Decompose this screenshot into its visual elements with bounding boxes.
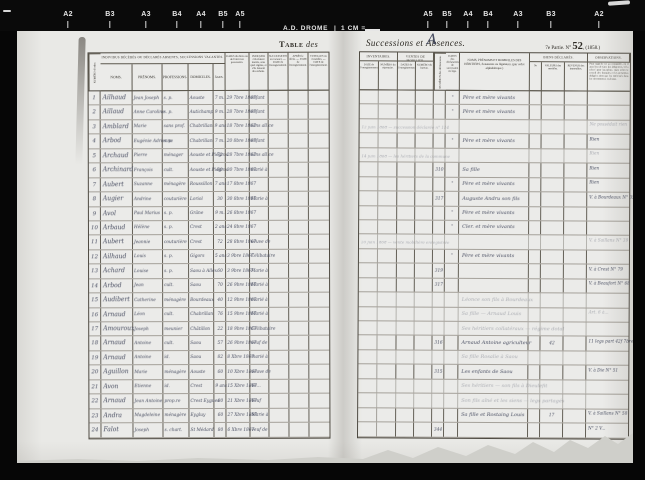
cell-etat-note: Marié à (250, 279, 269, 292)
cell-vente-num (414, 423, 432, 437)
cell-inv-num (378, 321, 397, 335)
cell-col9 (269, 293, 289, 306)
right-table-row: "Père et mère vivants (360, 105, 630, 121)
left-table-body: 1AilhaudJean Josephs. p.Aouste7 m.29 7br… (89, 91, 330, 438)
cell-col9 (269, 394, 289, 407)
cell-profession: ménagère (163, 178, 189, 192)
cell-vente-num (415, 264, 433, 278)
right-table-row: 317V. à Beaufort N° 68 (359, 278, 629, 294)
cell-immobilier (564, 293, 587, 307)
cell-declaration-number (433, 307, 445, 321)
cell-col11 (309, 365, 329, 378)
header-ages: ÂGES. (214, 64, 226, 91)
right-table-row: 12 juin 1868 — succession déclarée n° 11… (360, 119, 630, 135)
cell-col10 (289, 105, 309, 118)
cell-inventaire-scrawl (359, 249, 378, 263)
cell-vente-date (396, 423, 414, 437)
cell-vente-num (414, 394, 432, 408)
cell-col10 (289, 163, 309, 176)
cell-declaration-number (432, 351, 444, 365)
cell-vente-date (397, 148, 415, 162)
left-table-row: 9AvolPaul Mariuss. p.Grâne9 m.26 8bre 18… (89, 206, 329, 221)
left-page-table: NUMÉRO d'ordre. INDIVIDUS DÉCÉDÉS OU DÉC… (87, 52, 330, 440)
cell-profession: s. p. (163, 91, 189, 105)
cell-prenom: Antoine (133, 337, 163, 351)
cell-col10 (289, 379, 309, 392)
cell-observation (587, 250, 629, 264)
cell-order-number: 22 (89, 394, 101, 407)
cell-immobilier (564, 322, 587, 336)
cell-etat-note: Ve... (250, 380, 269, 393)
cell-immobilier (564, 265, 587, 279)
cell-prenom: Anne Caroline (133, 106, 163, 120)
cell-biens-no (529, 322, 541, 336)
cell-mobilier (542, 91, 565, 105)
cell-order-number: 1 (89, 91, 101, 104)
cell-declaration-number: 344 (432, 423, 444, 437)
cell-domicile: Aouste et Piégros (189, 149, 214, 163)
cell-mobilier (541, 221, 564, 235)
cell-nom: Falot (101, 423, 133, 437)
cell-biens-no (528, 409, 540, 423)
cell-prenom: Pierre (133, 149, 163, 163)
cell-mobilier (541, 236, 564, 250)
right-table-row: Ses héritiers collatéraux — régime dotal (359, 321, 629, 337)
cell-order-number: 5 (89, 149, 101, 162)
cell-domicile: Saou à Allex (189, 264, 214, 278)
cell-profession: cult. (163, 279, 189, 293)
cell-inv-num (379, 134, 398, 148)
cell-col9 (269, 351, 289, 364)
cell-vente-date (398, 119, 416, 133)
cell-observation: V. à Beaufort N° 68 (587, 279, 629, 293)
cell-col11 (309, 307, 329, 320)
page-gutter-shadow (328, 31, 362, 463)
cell-nom: Arnaud (101, 337, 133, 351)
cell-declaration-number (433, 235, 445, 249)
cell-nom: Ailhaud (101, 91, 133, 105)
cell-col11 (309, 394, 329, 407)
cell-mobilier (541, 279, 564, 293)
cell-date-deces: 6 Xbre 1867 (226, 423, 250, 437)
cell-immobilier (563, 380, 586, 394)
cell-col11 (309, 322, 329, 335)
header-observations-note: Pour rappeler ici au comptable, où il au… (588, 62, 630, 91)
cell-declaration-number (434, 120, 446, 134)
cell-biens-no (529, 293, 541, 307)
cell-heirs: Ses héritiers collatéraux — régime dotal (459, 322, 529, 336)
ruler-tick (446, 21, 447, 28)
cell-col10 (289, 408, 309, 421)
cell-col9 (269, 235, 289, 248)
cell-col11 (309, 423, 329, 436)
ruler-label-a3: A3 (141, 11, 151, 18)
cell-prenom: Jeannie (133, 235, 163, 249)
ruler-label-b3: B3 (546, 11, 556, 18)
cell-vente-num (415, 293, 433, 307)
cell-order-number: 13 (89, 265, 101, 278)
cell-col10 (289, 177, 309, 190)
cell-inventaire-scrawl (358, 393, 377, 407)
cell-observation: N° 2 V... (586, 424, 628, 438)
right-table-row: Ses héritiers — son fils à Dieulefit (358, 379, 628, 395)
cell-profession: s. p. (163, 134, 189, 148)
ruler-label-a2: A2 (63, 11, 73, 18)
cell-order-number: 14 (89, 279, 101, 292)
ruler-tick (487, 21, 488, 28)
header-ventes-date: DATES de l'enregistrement. (398, 61, 416, 90)
cell-age: 7 m. (214, 134, 226, 147)
cell-inventaire-scrawl (359, 162, 378, 176)
cell-profession: cult. (163, 163, 189, 177)
cell-prenom: Eugénie Adrienne (133, 134, 163, 148)
cell-declaration-number (432, 408, 444, 422)
left-table-row: 2AillaudAnne Carolines. p.Autichamp9 m.2… (89, 105, 329, 120)
cell-profession: s. chart. (163, 423, 189, 437)
cell-vente-date (397, 235, 415, 249)
cell-age: 9 ans (214, 120, 226, 133)
cell-col10 (289, 365, 309, 378)
cell-col9 (269, 105, 289, 118)
cell-vente-num (414, 350, 432, 364)
cell-mobilier (541, 293, 564, 307)
cell-declaration-number: 319 (433, 264, 445, 278)
cell-heirs: Auguste Andru son fils (459, 192, 529, 206)
cell-immobilier (563, 409, 586, 423)
cell-biens-no (530, 106, 542, 120)
cell-col9 (269, 206, 289, 219)
cell-profession: s. p. (163, 221, 189, 235)
cell-col9 (269, 221, 289, 234)
right-table-body: "Père et mère vivants"Père et mère vivan… (358, 90, 630, 438)
cell-date-deces: 27 Xbre 1867 (226, 409, 250, 423)
header-inv-date: DATE de l'enregistrement. (360, 61, 379, 90)
cell-heirs: Sa fille — Arnaud Louis (459, 307, 529, 321)
cell-inventaire-scrawl: 20 juin 1868 — vente mobilière enregistr… (359, 235, 378, 249)
cell-col11 (309, 91, 329, 104)
cell-etat-note: enfant (250, 91, 269, 104)
cell-vente-date (398, 90, 416, 104)
cell-heirs: Père et mère vivants (460, 134, 530, 148)
cell-age: 9 ans (214, 380, 226, 393)
cell-ditto-mark (445, 307, 459, 321)
cell-domicile: Bourdeaux (189, 293, 214, 307)
left-table-row: 24FalotJosephs. chart.St Médard806 Xbre … (89, 423, 329, 438)
ruler-tick (67, 21, 68, 28)
left-table-row: 16ArnaudLéoncult.Chabrillan7615 9bre 186… (89, 307, 329, 322)
cell-nom: Aillaud (101, 106, 133, 120)
cell-observation: V. à Saillans N° 58 (586, 409, 628, 423)
cell-col11 (309, 249, 329, 262)
cell-profession: meunier (163, 322, 189, 336)
right-table-row: "Cler. et mère vivants (359, 220, 629, 236)
cell-col10 (289, 264, 309, 277)
cell-ditto-mark: " (445, 221, 459, 235)
cell-domicile: Crest (189, 380, 214, 394)
cell-prenom: Jean Joseph (133, 91, 163, 105)
cell-mobilier (540, 366, 563, 380)
cell-ditto-mark (444, 365, 458, 379)
cell-prenom: Etienne (133, 380, 163, 394)
cell-nom: Aubert (101, 236, 133, 250)
cell-etat-note: Marie à (250, 264, 269, 277)
cell-immobilier (563, 395, 586, 409)
cell-inv-num (378, 220, 397, 234)
cell-observation: V. à Bourdeaux N° 35 (587, 193, 629, 207)
ruler-label-b5: B5 (218, 11, 228, 18)
right-table-header: INVENTAIRES. DATE de l'enregistrement. N… (360, 52, 630, 91)
cell-observation (587, 322, 629, 336)
cell-vente-date (396, 379, 414, 393)
cell-heirs: Les enfants de Saou (458, 365, 528, 379)
cell-domicile: Aouste (189, 365, 214, 379)
cell-col11 (309, 278, 329, 291)
cell-order-number: 18 (89, 337, 101, 350)
cell-ditto-mark (445, 163, 459, 177)
cell-nom: Arbod (101, 135, 133, 149)
cell-etat-note: veuf de (250, 423, 269, 436)
cell-col10 (289, 307, 309, 320)
cell-prenom: Jean Antoine (133, 394, 163, 408)
cell-inventaire-scrawl (360, 90, 379, 104)
cell-order-number: 3 (89, 120, 101, 133)
right-page-table: INVENTAIRES. DATE de l'enregistrement. N… (357, 51, 631, 439)
cell-immobilier (564, 192, 587, 206)
cell-ditto-mark (445, 235, 459, 249)
cell-vente-num (415, 322, 433, 336)
cell-heirs: Père et mère vivants (459, 177, 529, 191)
cell-biens-no (529, 163, 541, 177)
cell-inventaire-scrawl (358, 379, 377, 393)
cell-profession: couturière (163, 235, 189, 249)
cell-etat-note: Célibataire (250, 322, 269, 335)
cell-domicile: Grâne (189, 206, 214, 220)
cell-col11 (309, 105, 329, 118)
cell-inventaire-scrawl (358, 408, 377, 422)
right-table-row: Son fils aîné et les siens — legs partag… (358, 393, 628, 409)
cell-profession: s. p. (163, 207, 189, 221)
cell-nom: Amblard (101, 120, 133, 134)
cell-inventaire-scrawl (360, 134, 379, 148)
cell-order-number: 6 (89, 163, 101, 176)
cell-col9 (269, 91, 289, 104)
cell-biens-no (529, 178, 541, 192)
cell-heirs: Père et mère vivants (459, 250, 529, 264)
cell-domicile: Chabrillan (189, 134, 214, 148)
left-table-row: 11AubertJeanniecouturièreCrest7228 8bre … (89, 235, 329, 250)
cell-age: 7 m. (214, 91, 226, 104)
cell-nom: Aguillon (101, 366, 133, 380)
cell-date-deces: 20 8bre 1867 (226, 134, 250, 148)
cell-nom: Archaud (101, 149, 133, 163)
cell-ditto-mark: " (446, 134, 460, 148)
cell-heirs: Père et mère vivants (459, 206, 529, 220)
cell-col10 (289, 394, 309, 407)
cell-col9 (269, 192, 289, 205)
cell-date-deces: 8 Xbre 1867 (226, 351, 250, 365)
cell-ditto-mark (445, 278, 459, 292)
cell-date-deces: 15 9bre 1867 (226, 307, 250, 321)
cell-domicile: Aouste (189, 91, 214, 105)
cell-inv-num (378, 206, 397, 220)
cell-inv-num (378, 191, 397, 205)
cell-prenom: Louise (133, 264, 163, 278)
cell-ditto-mark (445, 192, 459, 206)
cell-observation: 11 legs part 42f 7bre 1868 (586, 337, 628, 351)
cell-observation (586, 395, 628, 409)
right-table-row: 319V. à Crest N° 79 (359, 264, 629, 280)
year-label: , (1858.) (583, 46, 600, 51)
cell-domicile: St Médard (189, 423, 214, 437)
part-number: 52 (572, 41, 583, 52)
cell-age: 57 (214, 336, 226, 349)
cell-col10 (289, 134, 309, 147)
right-table-row: "Père et mère vivants (359, 249, 629, 265)
cell-declaration-number: 317 (433, 192, 445, 206)
cell-biens-no (529, 308, 541, 322)
cell-profession: ménagère (163, 365, 189, 379)
cell-declaration-number: 310 (433, 163, 445, 177)
film-scratch (3, 10, 11, 12)
cell-observation: Art. 6 à... (587, 308, 629, 322)
cell-prenom: Suzanne (133, 178, 163, 192)
cell-prenom: Jean (133, 279, 163, 293)
cell-vente-date (397, 163, 415, 177)
cell-col9 (269, 250, 289, 263)
cell-mobilier: 42 (540, 337, 563, 351)
cell-inv-num (378, 264, 397, 278)
cell-inventaire-scrawl (359, 191, 378, 205)
cell-ditto-mark (444, 351, 458, 365)
cell-date-deces: 3 9bre 1867 (226, 264, 250, 278)
header-prenoms: PRÉNOMS. (133, 64, 163, 91)
cell-date-deces: 18 9bre 1867 (226, 322, 250, 336)
cell-immobilier (565, 120, 588, 134)
cell-col10 (289, 192, 309, 205)
cell-col9 (269, 177, 289, 190)
cell-heirs (459, 279, 529, 293)
cell-biens-no (529, 192, 541, 206)
cell-inventaire-scrawl (359, 220, 378, 234)
cell-inv-num (379, 119, 398, 133)
part-label: 7e Partie. N° (545, 46, 571, 51)
cell-biens-no (528, 351, 540, 365)
cell-age: 5 ans (214, 250, 226, 263)
header-noms: NOMS. (101, 64, 133, 91)
ruler-tick (467, 21, 468, 28)
cell-age: 30 (214, 192, 226, 205)
cell-date-deces: 28 7bre 1867 (226, 105, 250, 119)
cell-col10 (289, 235, 309, 248)
cell-mobilier (541, 322, 564, 336)
header-biens-declares: BIENS DÉCLARÉS. (530, 53, 588, 62)
cell-col11 (309, 379, 329, 392)
ruler-label-b4: B4 (483, 11, 493, 18)
cell-inv-num (377, 379, 396, 393)
left-table-row: 19ArnaudAntoineid.Saou828 Xbre 1867marié… (89, 351, 329, 366)
cell-inventaire-scrawl (358, 336, 377, 350)
film-scratch (608, 0, 630, 6)
cell-nom: Avon (101, 380, 133, 394)
cell-vente-num (415, 307, 433, 321)
cell-order-number: 9 (89, 207, 101, 220)
cell-col9 (269, 264, 289, 277)
cell-date-deces: 12 9bre 1867 (226, 293, 250, 307)
cell-nom: Arnaud (101, 308, 133, 322)
cell-mobilier (542, 135, 565, 149)
cell-col11 (309, 177, 329, 190)
cell-vente-date (398, 134, 416, 148)
cell-age: 80 (214, 394, 226, 407)
cell-col10 (289, 250, 309, 263)
cell-immobilier (564, 178, 587, 192)
cell-col9 (269, 408, 289, 421)
cell-vente-num (416, 134, 434, 148)
cell-immobilier (563, 423, 586, 437)
cell-etat-note: sans all.ce (250, 120, 269, 133)
cell-inventaire-scrawl (358, 365, 377, 379)
cell-profession: s. p. (163, 105, 189, 119)
cell-declaration-number: 316 (432, 336, 444, 350)
header-domiciles: DOMICILES. (189, 64, 214, 91)
cell-heirs: Cler. et mère vivants (459, 221, 529, 235)
cell-heirs: Sa fille Rosalie à Saou (458, 351, 528, 365)
cell-domicile: Crest (189, 221, 214, 235)
cell-mobilier (541, 207, 564, 221)
cell-ditto-mark (444, 394, 458, 408)
header-successions-vacantes: SUCCESSIONS en vacance. — DATE de l'enre… (268, 53, 288, 91)
cell-mobilier (542, 120, 565, 134)
cell-biens-no (529, 250, 541, 264)
cell-heirs: Arnaud Antoine agriculteur (458, 336, 528, 350)
cell-order-number: 11 (89, 236, 101, 249)
cell-vente-date (397, 220, 415, 234)
cell-profession: cult. (163, 308, 189, 322)
cell-inventaire-scrawl: 14 juin 1868 — les héritiers de la commu… (359, 148, 378, 162)
cell-inventaire-scrawl (358, 422, 377, 436)
left-table-row: 15AudibertCatherineménagèreBourdeaux4012… (89, 293, 329, 308)
cell-vente-date (397, 321, 415, 335)
ruler-label-a3: A3 (513, 11, 523, 18)
cell-profession: s. p. (163, 250, 189, 264)
cell-date-deces: 21 Xbre 1867 (226, 394, 250, 408)
cell-order-number: 19 (89, 351, 101, 364)
cell-declaration-number: 317 (433, 278, 445, 292)
cell-vente-date (397, 192, 415, 206)
ruler-label-a5: A5 (423, 11, 433, 18)
cell-mobilier (540, 423, 563, 437)
cell-etat-note: veuve de (250, 365, 269, 378)
right-table-row: "Père et mère vivantsRien (360, 134, 630, 150)
cell-vente-num (414, 379, 432, 393)
cell-mobilier (541, 163, 564, 177)
header-biens-no: № (530, 62, 542, 91)
cell-prenom: Joseph (133, 322, 163, 336)
cell-immobilier (564, 250, 587, 264)
cell-order-number: 21 (89, 380, 101, 393)
cell-domicile: Eygluy (189, 409, 214, 423)
cell-inventaire-scrawl: 12 juin 1868 — succession déclarée n° 11… (360, 119, 379, 133)
cell-immobilier (563, 337, 586, 351)
cell-age: 76 (214, 308, 226, 321)
cell-prenom: Joseph (133, 423, 163, 437)
cell-heirs: Sa fille et Rostaing Louis (458, 408, 528, 422)
cell-order-number: 4 (89, 135, 101, 148)
cell-col11 (309, 351, 329, 364)
cell-order-number: 2 (89, 106, 101, 119)
handwritten-letter-annotation: A (427, 32, 437, 48)
cell-age: 72 (214, 235, 226, 248)
